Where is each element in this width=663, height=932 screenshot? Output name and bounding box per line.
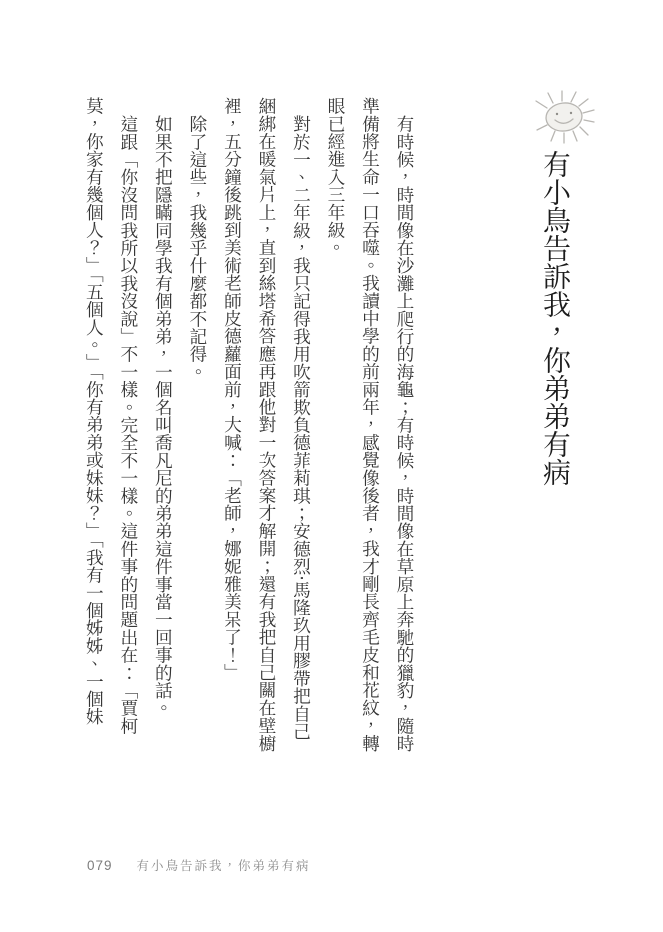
chapter-title: 有小鳥告訴我，你弟弟有病 [536, 150, 574, 486]
paragraph-4: 如果不把隱瞞同學我有個弟弟，一個名叫喬凡尼的弟弟這件事當一回事的話。 [146, 97, 181, 754]
book-page: 有小鳥告訴我，你弟弟有病 有時候，時間像在沙灘上爬行的海龜；有時候，時間像在草原… [0, 0, 663, 932]
page-footer: 079 有小鳥告訴我，你弟弟有病 [87, 856, 311, 874]
sun-doodle-icon [531, 89, 597, 147]
page-number: 079 [87, 858, 113, 873]
paragraph-2: 對於一、二年級，我只記得我用吹箭欺負德菲莉琪；安德烈‧馬隆玖用膠帶把自己綑綁在暖… [215, 97, 319, 754]
paragraph-3: 除了這些，我幾乎什麼都不記得。 [180, 97, 215, 754]
running-title: 有小鳥告訴我，你弟弟有病 [137, 856, 311, 874]
body-text: 有時候，時間像在沙灘上爬行的海龜；有時候，時間像在草原上奔馳的獵豹，隨時準備將生… [77, 97, 422, 754]
paragraph-1: 有時候，時間像在沙灘上爬行的海龜；有時候，時間像在草原上奔馳的獵豹，隨時準備將生… [318, 97, 422, 754]
paragraph-5: 這跟「你沒問我所以我沒說」不一樣。完全不一樣。這件事的問題出在：「賈柯莫，你家有… [77, 97, 146, 754]
